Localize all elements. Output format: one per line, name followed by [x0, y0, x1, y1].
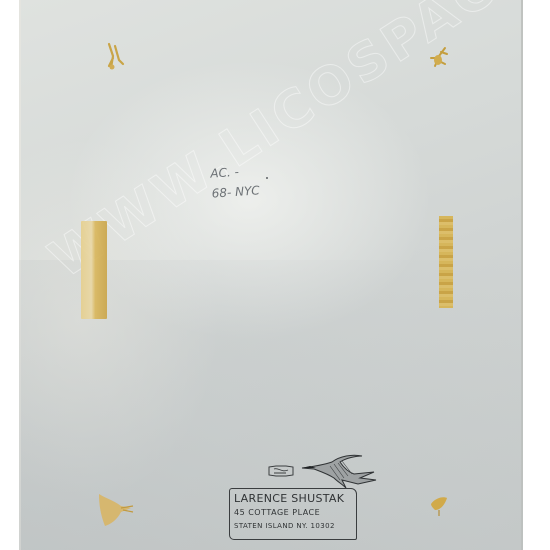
glue-spot-top-left [105, 42, 129, 74]
artist-stamp: LARENCE SHUSTAK 45 COTTAGE PLACE STATEN … [224, 452, 374, 544]
glue-spot-top-right [423, 44, 453, 74]
pencil-dot [266, 177, 268, 179]
glue-spot-bottom-left [95, 492, 135, 530]
stamp-city: STATEN ISLAND NY. 10302 [234, 522, 335, 530]
artwork-board-back: WWW.LICOSPACE.COM AC. - 68- NYC [19, 0, 523, 550]
glue-spot-bottom-right [427, 494, 451, 520]
pencil-note: AC. - 68- NYC [210, 160, 261, 203]
stamp-street: 45 COTTAGE PLACE [234, 508, 320, 517]
tape-strip-right [439, 216, 453, 308]
handshake-icon [268, 463, 294, 482]
tape-strip-left [81, 221, 107, 319]
stamp-artist-name: LARENCE SHUSTAK [234, 492, 344, 505]
pencil-note-line2: 68- NYC [211, 180, 260, 203]
